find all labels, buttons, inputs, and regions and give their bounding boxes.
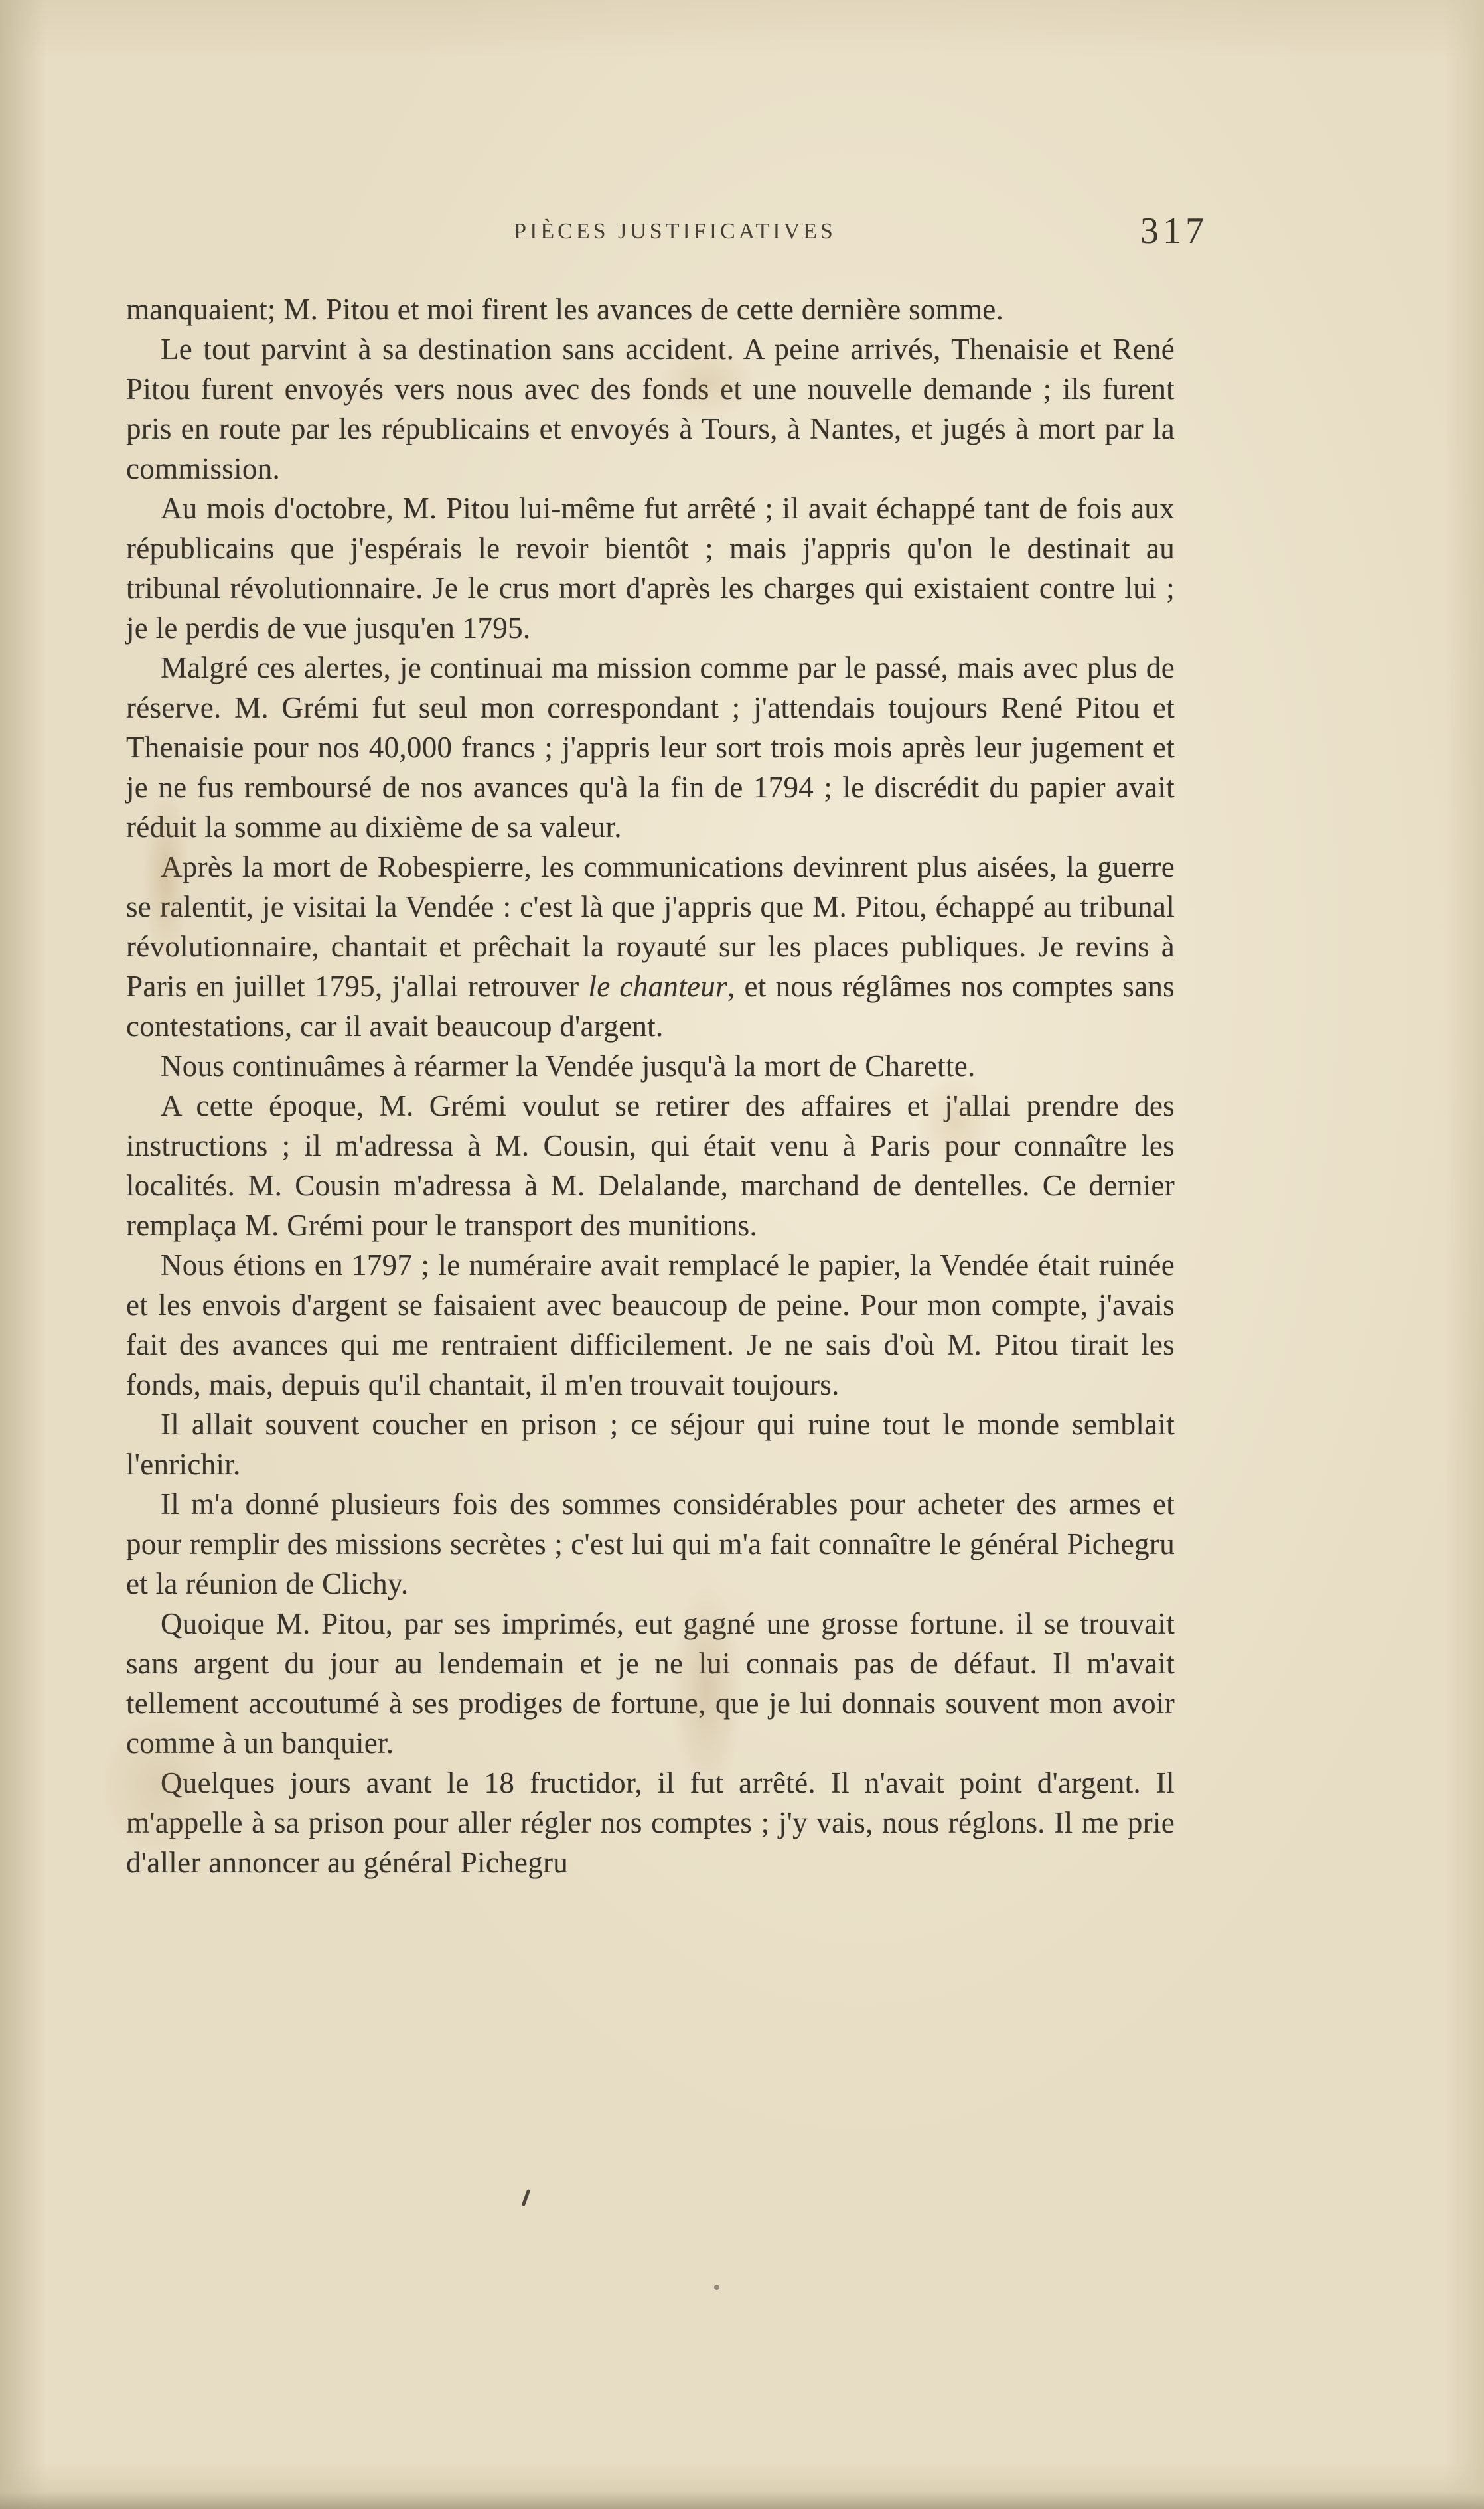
running-head-title: PIÈCES JUSTIFICATIVES [514, 219, 836, 244]
paragraph-text: Il allait souvent coucher en prison ; ce… [126, 1408, 1175, 1481]
paragraph: Quelques jours avant le 18 fructidor, il… [126, 1763, 1175, 1882]
paragraph-text: Au mois d'octobre, M. Pitou lui-même fut… [126, 492, 1175, 645]
italic-text: le chanteur [588, 970, 727, 1003]
paragraph: Malgré ces alertes, je continuai ma miss… [126, 648, 1175, 847]
paragraph: Nous continuâmes à réarmer la Vendée jus… [126, 1046, 1175, 1086]
paragraph-text: Nous étions en 1797 ; le numéraire avait… [126, 1249, 1175, 1401]
paragraph-text: Nous continuâmes à réarmer la Vendée jus… [161, 1049, 976, 1083]
paragraph: Au mois d'octobre, M. Pitou lui-même fut… [126, 489, 1175, 648]
paragraph: Il m'a donné plusieurs fois des sommes c… [126, 1484, 1175, 1604]
paragraph-text: Le tout parvint à sa destination sans ac… [126, 333, 1175, 485]
paragraph-text: Quoique M. Pitou, par ses imprimés, eut … [126, 1607, 1175, 1760]
ink-speck [522, 2189, 531, 2206]
ink-speck [714, 2285, 719, 2290]
body-text: manquaient; M. Pitou et moi firent les a… [126, 289, 1175, 1882]
paragraph: A cette époque, M. Grémi voulut se retir… [126, 1086, 1175, 1245]
paragraph: Il allait souvent coucher en prison ; ce… [126, 1405, 1175, 1484]
paragraph-text: manquaient; M. Pitou et moi firent les a… [126, 293, 1003, 326]
paragraph-text: Malgré ces alertes, je continuai ma miss… [126, 651, 1175, 844]
paragraph: Nous étions en 1797 ; le numéraire avait… [126, 1245, 1175, 1405]
page-bottom-shadow [0, 2492, 1484, 2509]
paragraph: manquaient; M. Pitou et moi firent les a… [126, 289, 1175, 329]
paragraph: Quoique M. Pitou, par ses imprimés, eut … [126, 1604, 1175, 1763]
paragraph: Le tout parvint à sa destination sans ac… [126, 329, 1175, 489]
book-page: PIÈCES JUSTIFICATIVES 317 manquaient; M.… [0, 0, 1484, 2509]
paragraph-text: A cette époque, M. Grémi voulut se retir… [126, 1089, 1175, 1242]
paragraph-text: Quelques jours avant le 18 fructidor, il… [126, 1766, 1175, 1879]
paragraph-text: Il m'a donné plusieurs fois des sommes c… [126, 1487, 1175, 1600]
page-number: 317 [1140, 210, 1208, 252]
paragraph: Après la mort de Robespierre, les commun… [126, 847, 1175, 1046]
